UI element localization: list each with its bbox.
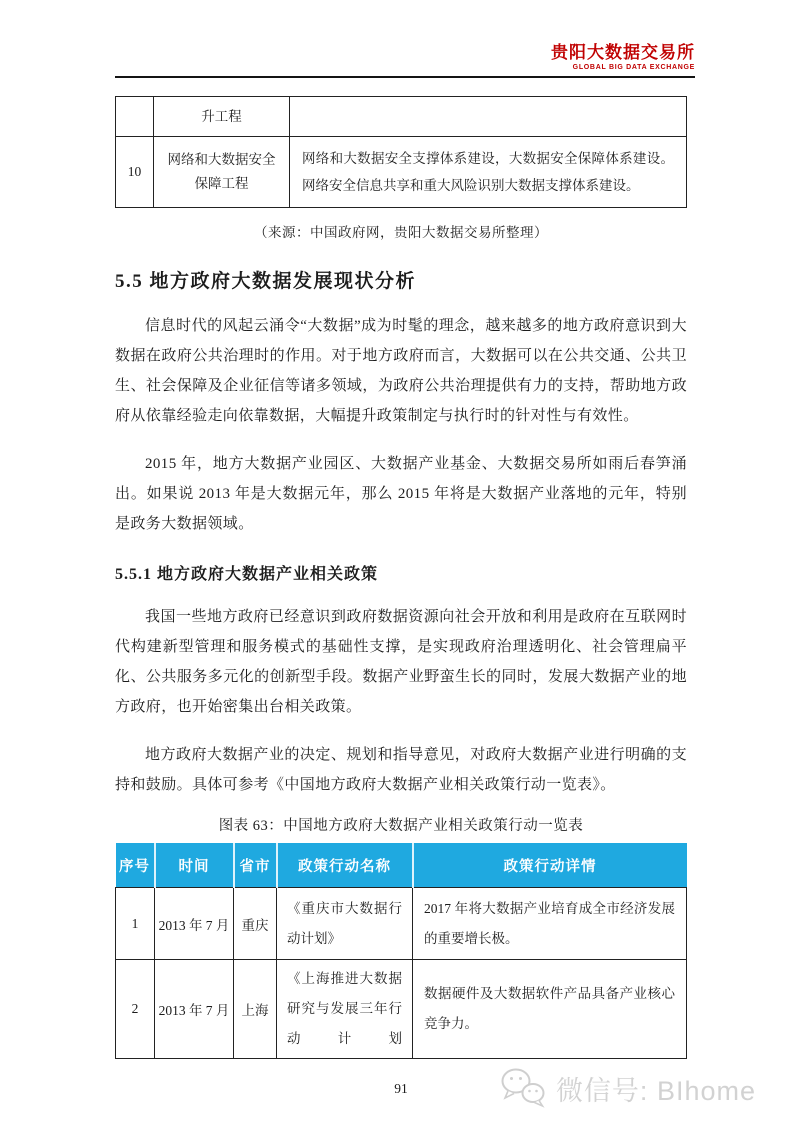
- column-header-detail: 政策行动详情: [413, 843, 687, 888]
- watermark-text: 微信号: BIhome: [556, 1069, 756, 1108]
- brand-name-cn: 贵阳大数据交易所: [551, 43, 695, 63]
- brand-logo: 贵阳大数据交易所 GLOBAL BIG DATA EXCHANGE: [551, 43, 695, 71]
- cell-number: 10: [116, 137, 154, 208]
- cell-project-desc: 网络和大数据安全支撑体系建设，大数据安全保障体系建设。网络安全信息共享和重大风险…: [290, 137, 687, 208]
- cell-no: 1: [116, 888, 155, 960]
- column-header-province: 省市: [234, 843, 277, 888]
- watermark: 微信号: BIhome: [499, 1066, 756, 1110]
- paragraph: 信息时代的风起云涌令“大数据”成为时髦的理念，越来越多的地方政府意识到大数据在政…: [115, 311, 687, 431]
- cell-province: 重庆: [234, 888, 277, 960]
- cell-province: 上海: [234, 960, 277, 1059]
- column-header-time: 时间: [155, 843, 234, 888]
- table-row: 1 2013 年 7 月 重庆 《重庆市大数据行动计划》 2017 年将大数据产…: [116, 888, 687, 960]
- table-row: 10 网络和大数据安全保障工程 网络和大数据安全支撑体系建设，大数据安全保障体系…: [116, 137, 687, 208]
- figure-caption: 图表 63：中国地方政府大数据产业相关政策行动一览表: [115, 814, 687, 835]
- cell-detail: 2017 年将大数据产业培育成全市经济发展的重要增长极。: [413, 888, 687, 960]
- cell-project-name: 升工程: [154, 97, 290, 137]
- header-rule: [115, 76, 695, 78]
- paragraph: 2015 年，地方大数据产业园区、大数据产业基金、大数据交易所如雨后春笋涌出。如…: [115, 449, 687, 539]
- cell-detail: 数据硬件及大数据软件产品具备产业核心竞争力。: [413, 960, 687, 1059]
- source-note: （来源：中国政府网，贵阳大数据交易所整理）: [115, 221, 687, 241]
- table-header-row: 序号 时间 省市 政策行动名称 政策行动详情: [116, 843, 687, 888]
- cell-policy: 《重庆市大数据行动计划》: [277, 888, 413, 960]
- brand-name-en: GLOBAL BIG DATA EXCHANGE: [551, 64, 695, 71]
- cell-time: 2013 年 7 月: [155, 960, 234, 1059]
- section-title: 5.5 地方政府大数据发展现状分析: [115, 266, 687, 293]
- cell-number: [116, 97, 154, 137]
- cell-policy: 《上海推进大数据研究与发展三年行动计划: [277, 960, 413, 1059]
- cell-project-name: 网络和大数据安全保障工程: [154, 137, 290, 208]
- paragraph: 我国一些地方政府已经意识到政府数据资源向社会开放和利用是政府在互联网时代构建新型…: [115, 602, 687, 722]
- cell-time: 2013 年 7 月: [155, 888, 234, 960]
- column-header-no: 序号: [116, 843, 155, 888]
- continuation-table: 升工程 10 网络和大数据安全保障工程 网络和大数据安全支撑体系建设，大数据安全…: [115, 96, 687, 208]
- cell-project-desc: [290, 97, 687, 137]
- table-row: 升工程: [116, 97, 687, 137]
- cell-no: 2: [116, 960, 155, 1059]
- wechat-icon: [499, 1066, 547, 1110]
- column-header-policy: 政策行动名称: [277, 843, 413, 888]
- policy-table: 序号 时间 省市 政策行动名称 政策行动详情 1 2013 年 7 月 重庆 《…: [115, 843, 687, 1059]
- subsection-title: 5.5.1 地方政府大数据产业相关政策: [115, 561, 687, 584]
- table-row: 2 2013 年 7 月 上海 《上海推进大数据研究与发展三年行动计划 数据硬件…: [116, 960, 687, 1059]
- paragraph: 地方政府大数据产业的决定、规划和指导意见，对政府大数据产业进行明确的支持和鼓励。…: [115, 740, 687, 800]
- page-content: 升工程 10 网络和大数据安全保障工程 网络和大数据安全支撑体系建设，大数据安全…: [115, 96, 687, 1097]
